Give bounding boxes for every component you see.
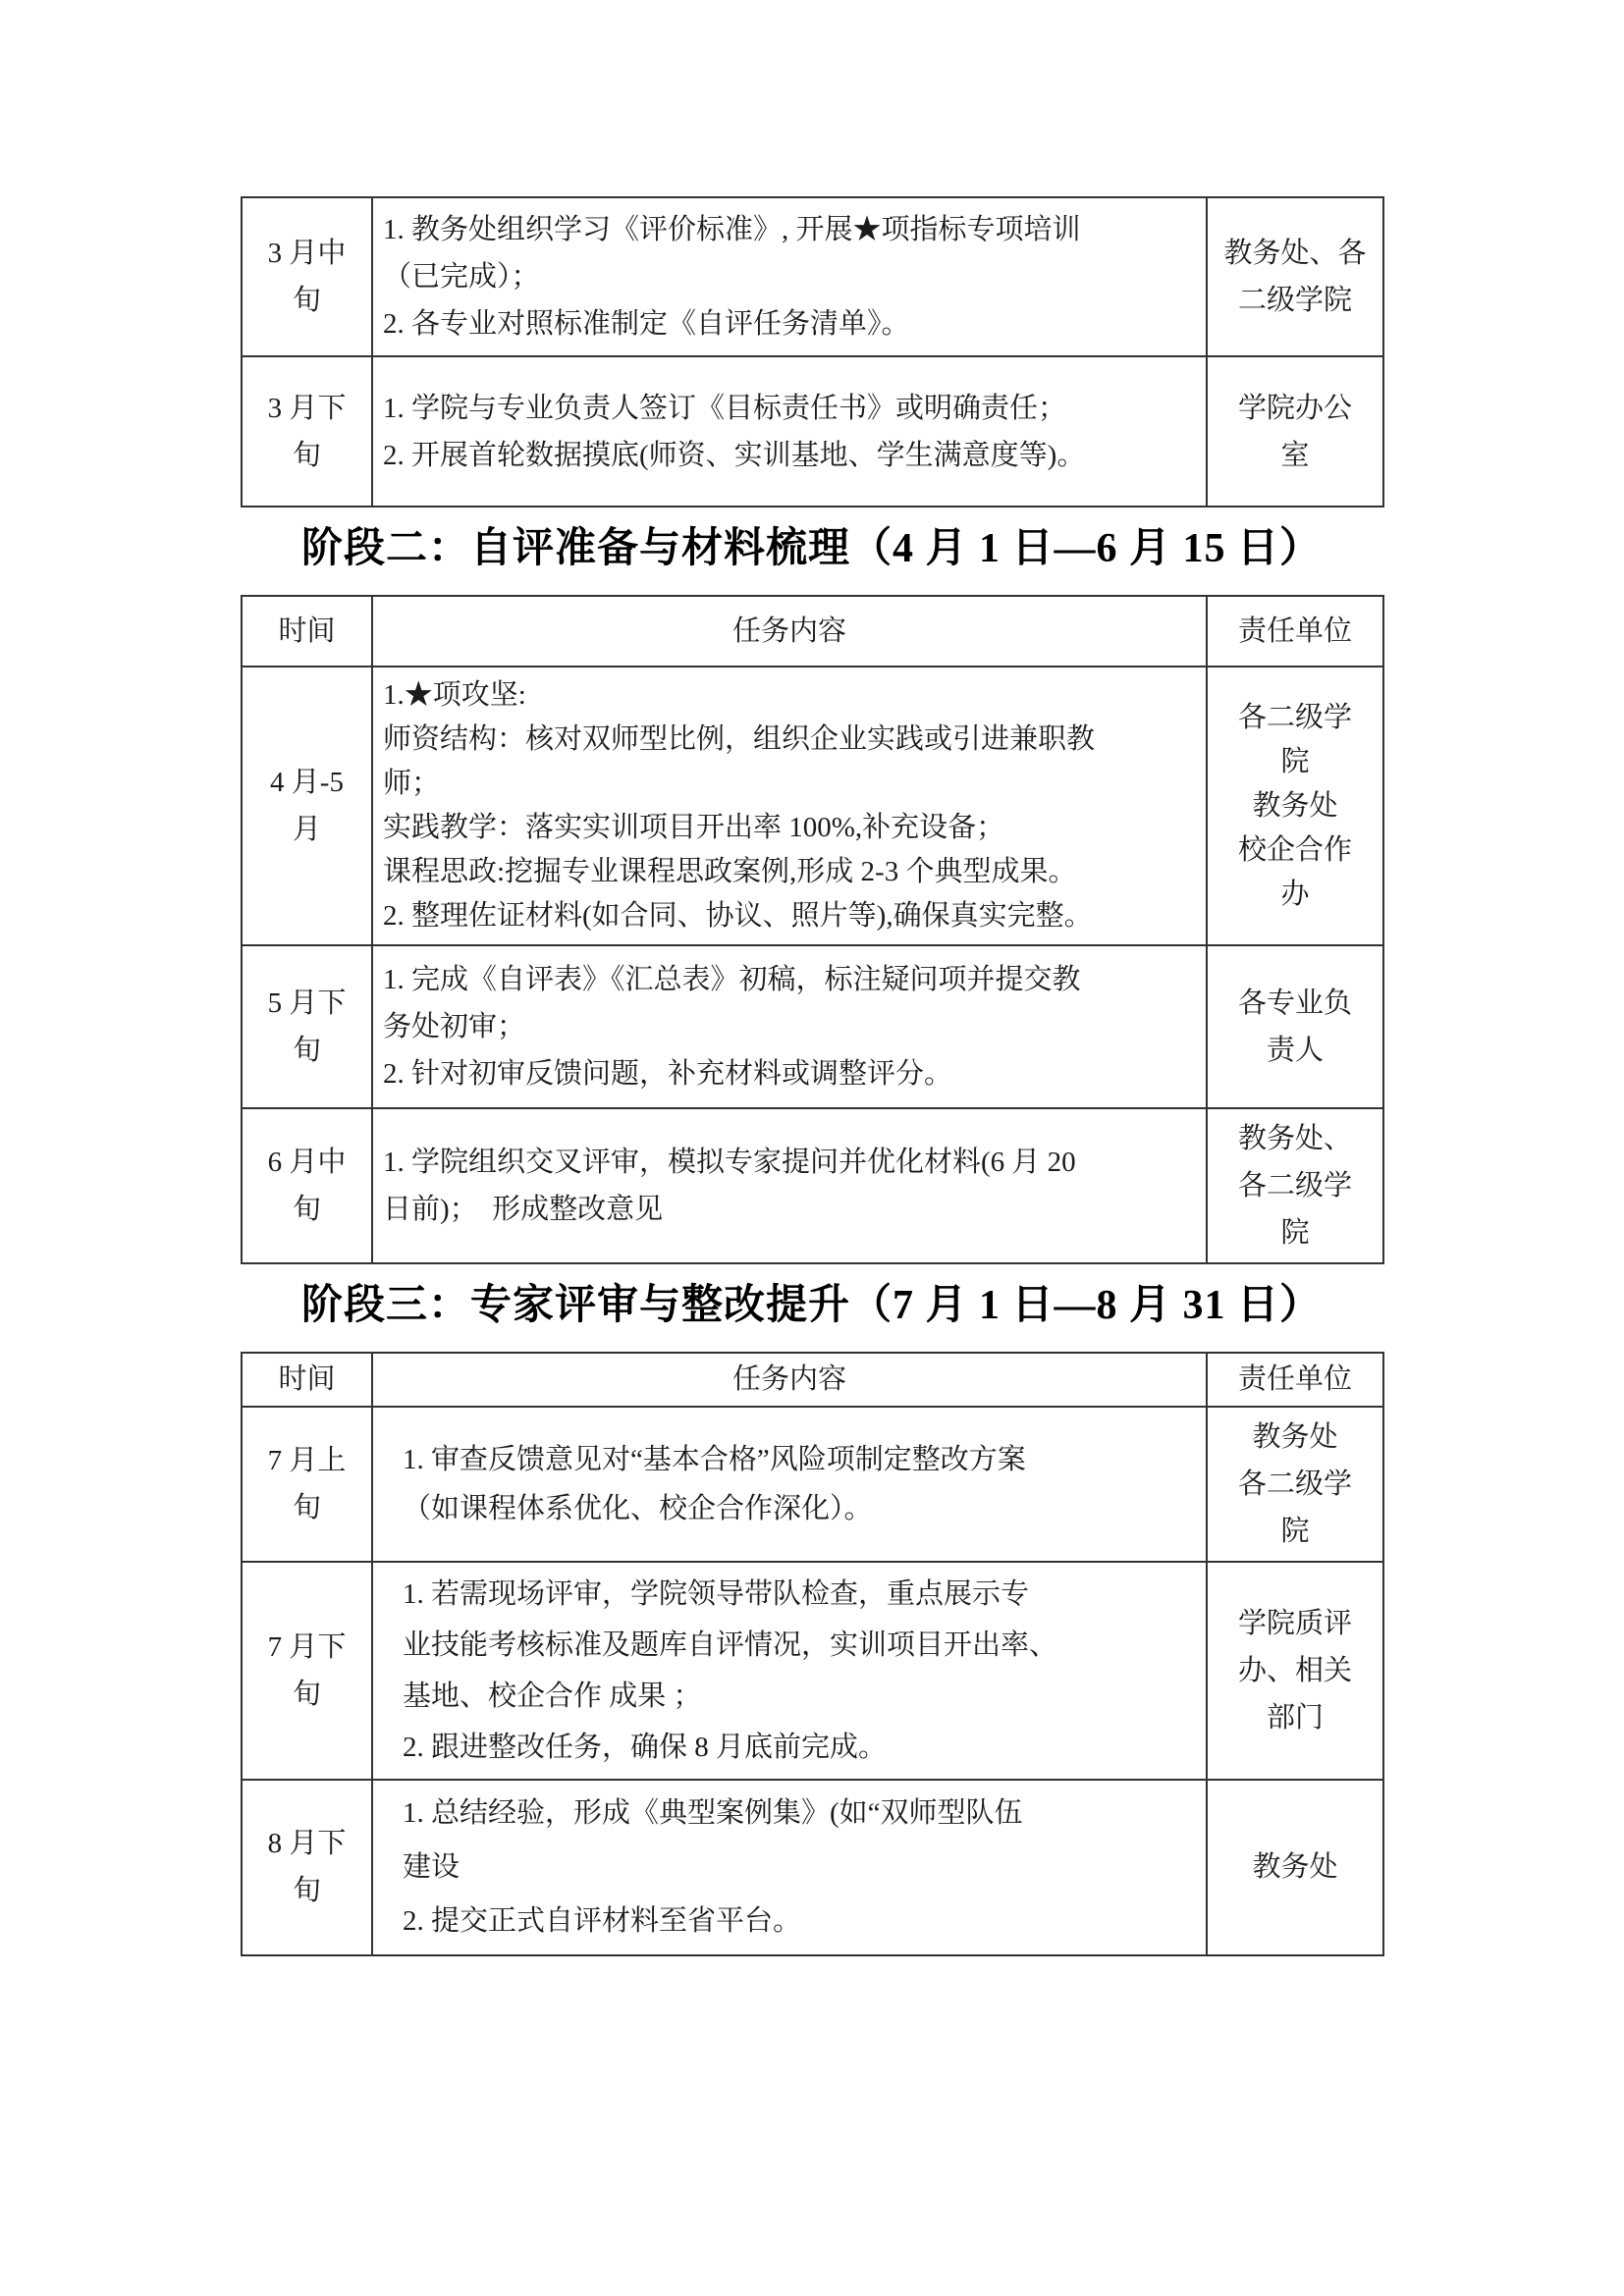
- time-cell: 8 月下 旬: [242, 1780, 372, 1955]
- unit-cell: 教务处、 各二级学 院: [1207, 1108, 1383, 1263]
- column-header-task: 任务内容: [372, 596, 1207, 667]
- table-row: 5 月下 旬 1. 完成《自评表》《汇总表》初稿，标注疑问项并提交教 务处初审；…: [242, 945, 1383, 1108]
- table-row: 3 月中 旬 1. 教务处组织学习《评价标准》, 开展★项指标专项培训 （已完成…: [242, 197, 1383, 356]
- column-header-unit: 责任单位: [1207, 596, 1383, 667]
- task-cell: 1. 审查反馈意见对“基本合格”风险项制定整改方案 （如课程体系优化、校企合作深…: [372, 1407, 1207, 1562]
- table-row: 6 月中 旬 1. 学院组织交叉评审，模拟专家提问并优化材料(6 月 20 日前…: [242, 1108, 1383, 1263]
- table-row: 3 月下 旬 1. 学院与专业负责人签订《目标责任书》或明确责任； 2. 开展首…: [242, 356, 1383, 507]
- table-header-row: 时间 任务内容 责任单位: [242, 1353, 1383, 1407]
- time-cell: 3 月下 旬: [242, 356, 372, 507]
- table-row: 8 月下 旬 1. 总结经验，形成《典型案例集》(如“双师型队伍 建设 2. 提…: [242, 1780, 1383, 1955]
- column-header-task: 任务内容: [372, 1353, 1207, 1407]
- time-cell: 4 月-5 月: [242, 667, 372, 945]
- unit-cell: 学院办公 室: [1207, 356, 1383, 507]
- column-header-time: 时间: [242, 596, 372, 667]
- time-cell: 7 月下 旬: [242, 1562, 372, 1780]
- stage3-heading: 阶段三：专家评审与整改提升（7 月 1 日—8 月 31 日）: [241, 1278, 1382, 1333]
- task-cell: 1. 学院组织交叉评审，模拟专家提问并优化材料(6 月 20 日前)； 形成整改…: [372, 1108, 1207, 1263]
- task-cell: 1. 教务处组织学习《评价标准》, 开展★项指标专项培训 （已完成）； 2. 各…: [372, 197, 1207, 356]
- unit-cell: 各二级学 院 教务处 校企合作 办: [1207, 667, 1383, 945]
- task-cell: 1.★项攻坚: 师资结构：核对双师型比例，组织企业实践或引进兼职教 师； 实践教…: [372, 667, 1207, 945]
- unit-cell: 教务处: [1207, 1780, 1383, 1955]
- task-cell: 1. 完成《自评表》《汇总表》初稿，标注疑问项并提交教 务处初审； 2. 针对初…: [372, 945, 1207, 1108]
- table-row: 7 月上 旬 1. 审查反馈意见对“基本合格”风险项制定整改方案 （如课程体系优…: [242, 1407, 1383, 1562]
- unit-cell: 教务处、各 二级学院: [1207, 197, 1383, 356]
- time-cell: 7 月上 旬: [242, 1407, 372, 1562]
- unit-cell: 教务处 各二级学 院: [1207, 1407, 1383, 1562]
- document-page: 3 月中 旬 1. 教务处组织学习《评价标准》, 开展★项指标专项培训 （已完成…: [0, 0, 1624, 2296]
- task-cell: 1. 若需现场评审，学院领导带队检查，重点展示专 业技能考核标准及题库自评情况，…: [372, 1562, 1207, 1780]
- task-cell: 1. 学院与专业负责人签订《目标责任书》或明确责任； 2. 开展首轮数据摸底(师…: [372, 356, 1207, 507]
- time-cell: 5 月下 旬: [242, 945, 372, 1108]
- table-row: 4 月-5 月 1.★项攻坚: 师资结构：核对双师型比例，组织企业实践或引进兼职…: [242, 667, 1383, 945]
- stage3-table: 时间 任务内容 责任单位 7 月上 旬 1. 审查反馈意见对“基本合格”风险项制…: [241, 1352, 1384, 1956]
- task-cell: 1. 总结经验，形成《典型案例集》(如“双师型队伍 建设 2. 提交正式自评材料…: [372, 1780, 1207, 1955]
- column-header-unit: 责任单位: [1207, 1353, 1383, 1407]
- stage2-heading: 阶段二：自评准备与材料梳理（4 月 1 日—6 月 15 日）: [241, 521, 1382, 576]
- stage2-table: 时间 任务内容 责任单位 4 月-5 月 1.★项攻坚: 师资结构：核对双师型比…: [241, 595, 1384, 1264]
- unit-cell: 学院质评 办、相关 部门: [1207, 1562, 1383, 1780]
- table-header-row: 时间 任务内容 责任单位: [242, 596, 1383, 667]
- time-cell: 6 月中 旬: [242, 1108, 372, 1263]
- unit-cell: 各专业负 责人: [1207, 945, 1383, 1108]
- table-row: 7 月下 旬 1. 若需现场评审，学院领导带队检查，重点展示专 业技能考核标准及…: [242, 1562, 1383, 1780]
- stage1-table: 3 月中 旬 1. 教务处组织学习《评价标准》, 开展★项指标专项培训 （已完成…: [241, 196, 1384, 507]
- column-header-time: 时间: [242, 1353, 372, 1407]
- time-cell: 3 月中 旬: [242, 197, 372, 356]
